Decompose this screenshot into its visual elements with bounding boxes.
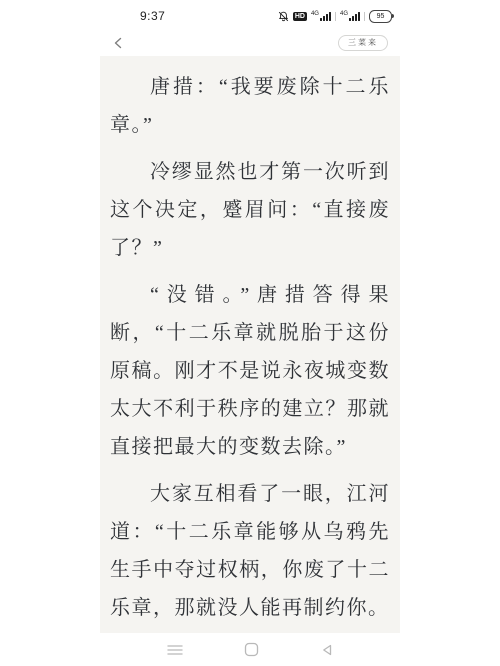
sim2-signal-icon: 4G — [340, 11, 360, 21]
battery-percent: 95 — [377, 13, 385, 20]
back-triangle-icon — [320, 643, 334, 657]
home-button[interactable] — [242, 640, 261, 659]
sim1-signal-icon: 4G — [311, 11, 331, 21]
status-divider — [335, 12, 336, 21]
back-button[interactable] — [112, 36, 124, 50]
recents-menu-icon — [167, 644, 183, 656]
listen-pill-button[interactable]: 三菜来 — [338, 35, 388, 51]
paragraph: 冷缪显然也才第一次听到这个决定，蹙眉问：“直接废了？” — [110, 153, 390, 267]
home-icon — [244, 642, 259, 657]
status-icons: HD 4G 4G 95 — [278, 10, 392, 23]
recents-button[interactable] — [165, 642, 185, 658]
app-header: 三菜来 — [100, 30, 400, 56]
chevron-left-icon — [112, 36, 124, 50]
paragraph: 唐措：“我要废除十二乐章。” — [110, 68, 390, 144]
clock: 9:37 — [140, 9, 165, 23]
status-bar: 9:37 HD 4G 4G — [100, 0, 400, 30]
back-nav-button[interactable] — [318, 641, 336, 659]
phone-screen: 9:37 HD 4G 4G — [100, 0, 400, 666]
battery-icon: 95 — [369, 10, 392, 23]
paragraph: “没错。”唐措答得果断，“十二乐章就脱胎于这份原稿。刚才不是说永夜城变数太大不利… — [110, 276, 390, 466]
bell-slash-icon — [278, 11, 289, 22]
paragraph: 大家互相看了一眼，江河道：“十二乐章能够从乌鸦先生手中夺过权柄，你废了十二乐章，… — [110, 475, 390, 627]
screenshot-canvas: 9:37 HD 4G 4G — [0, 0, 500, 666]
hd-volte-badge: HD — [293, 12, 307, 21]
android-nav-bar — [100, 633, 400, 666]
reader-page[interactable]: 唐措：“我要废除十二乐章。” 冷缪显然也才第一次听到这个决定，蹙眉问：“直接废了… — [100, 56, 400, 633]
status-divider — [364, 12, 365, 21]
